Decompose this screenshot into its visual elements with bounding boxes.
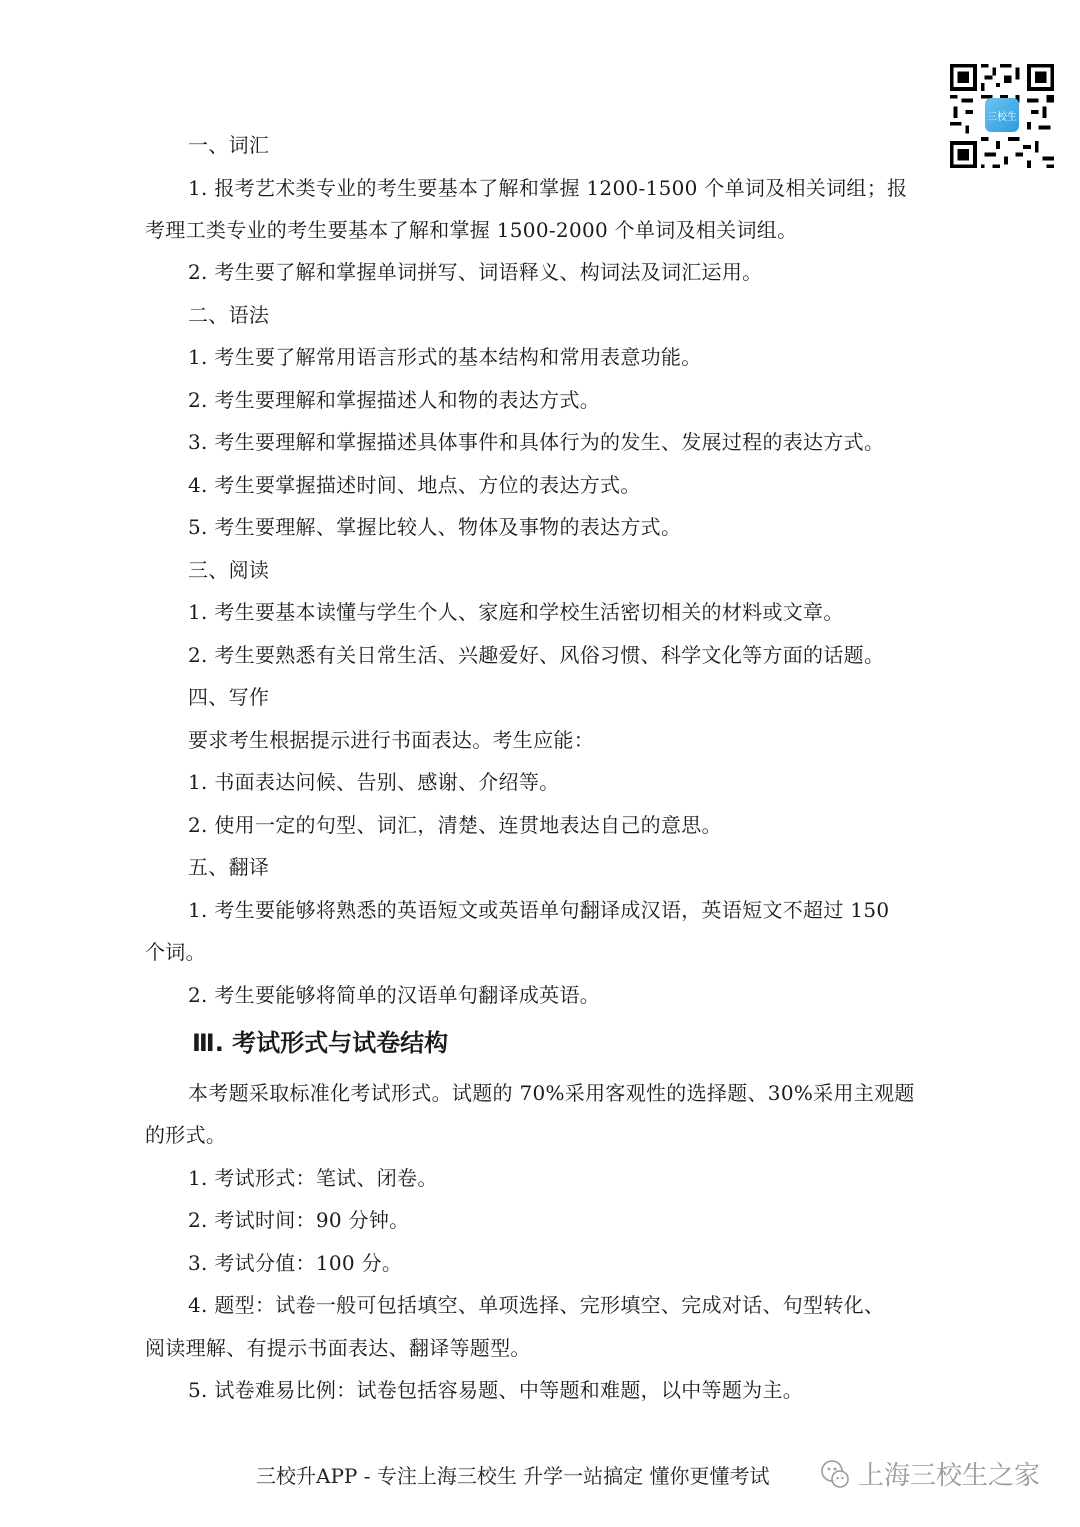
writing-item: 1. 书面表达问候、告别、感谢、介绍等。 [188, 768, 559, 796]
vocab-item-1-line-2: 考理工类专业的考生要基本了解和掌握 1500-2000 个单词及相关词组。 [145, 216, 797, 244]
wechat-watermark: 上海三校生之家 [818, 1455, 1040, 1492]
writing-intro: 要求考生根据提示进行书面表达。考生应能： [188, 726, 594, 754]
part-3-heading: Ⅲ. 考试形式与试卷结构 [192, 1026, 448, 1060]
vocab-item-1-line-1: 1. 报考艺术类专业的考生要基本了解和掌握 1200-1500 个单词及相关词组… [188, 174, 907, 202]
grammar-item: 3. 考生要理解和掌握描述具体事件和具体行为的发生、发展过程的表达方式。 [188, 428, 884, 456]
qr-code: 三校生 [945, 60, 1059, 172]
section-title-grammar: 二、语法 [188, 301, 269, 329]
vocab-item-2: 2. 考生要了解和掌握单词拼写、词语释义、构词法及词汇运用。 [188, 258, 762, 286]
section-title-writing: 四、写作 [188, 683, 269, 711]
translation-item-1-line-1: 1. 考生要能够将熟悉的英语短文或英语单句翻译成汉语，英语短文不超过 150 [188, 896, 889, 924]
watermark-text: 上海三校生之家 [858, 1455, 1040, 1492]
section-title-vocab: 一、词汇 [188, 131, 269, 159]
writing-item: 2. 使用一定的句型、词汇，清楚、连贯地表达自己的意思。 [188, 811, 722, 839]
wechat-icon [818, 1458, 852, 1490]
reading-item: 2. 考生要熟悉有关日常生活、兴趣爱好、风俗习惯、科学文化等方面的话题。 [188, 641, 884, 669]
exam-format-item: 4. 题型：试卷一般可包括填空、单项选择、完形填空、完成对话、句型转化、 [188, 1291, 884, 1319]
exam-format-item: 3. 考试分值：100 分。 [188, 1249, 402, 1277]
translation-item-2: 2. 考生要能够将简单的汉语单句翻译成英语。 [188, 981, 600, 1009]
app-logo-badge: 三校生 [985, 98, 1019, 132]
part-3-intro-line-1: 本考题采取标准化考试形式。试题的 70%采用客观性的选择题、30%采用主观题 [188, 1079, 915, 1107]
section-title-reading: 三、阅读 [188, 556, 269, 584]
part-3-intro-line-2: 的形式。 [145, 1121, 226, 1149]
section-title-translation: 五、翻译 [188, 853, 269, 881]
reading-item: 1. 考生要基本读懂与学生个人、家庭和学校生活密切相关的材料或文章。 [188, 598, 844, 626]
grammar-item: 5. 考生要理解、掌握比较人、物体及事物的表达方式。 [188, 513, 681, 541]
exam-format-item: 阅读理解、有提示书面表达、翻译等题型。 [145, 1334, 531, 1362]
grammar-item: 4. 考生要掌握描述时间、地点、方位的表达方式。 [188, 471, 641, 499]
exam-format-item: 5. 试卷难易比例：试卷包括容易题、中等题和难题，以中等题为主。 [188, 1376, 803, 1404]
exam-format-item: 2. 考试时间：90 分钟。 [188, 1206, 409, 1234]
page-footer: 三校升APP - 专注上海三校生 升学一站搞定 懂你更懂考试 [256, 1461, 770, 1491]
exam-format-item: 1. 考试形式：笔试、闭卷。 [188, 1164, 438, 1192]
grammar-item: 2. 考生要理解和掌握描述人和物的表达方式。 [188, 386, 600, 414]
grammar-item: 1. 考生要了解常用语言形式的基本结构和常用表意功能。 [188, 343, 702, 371]
translation-item-1-line-2: 个词。 [145, 938, 206, 966]
